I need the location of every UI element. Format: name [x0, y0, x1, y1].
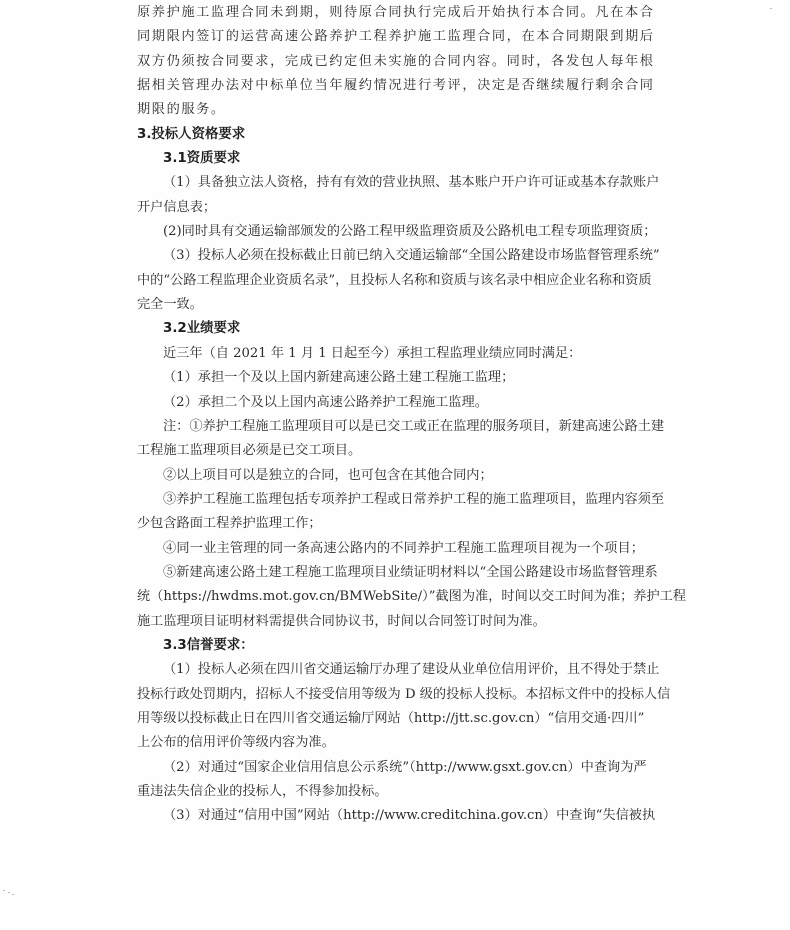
note-line: ③养护工程施工监理包括专项养护工程或日常养护工程的施工监理项目，监理内容须至	[137, 488, 644, 512]
paragraph-line: 投标行政处罚期内，招标人不接受信用等级为 D 级的投标人投标。本招标文件中的投标…	[137, 683, 644, 707]
note-line: 少包含路面工程养护监理工作；	[137, 512, 644, 536]
note-line: ⑤新建高速公路土建工程施工监理项目业绩证明材料以“全国公路建设市场监督管理系	[137, 561, 644, 585]
paragraph-line: 用等级以投标截止日在四川省交通运输厅网站（http://jtt.sc.gov.c…	[137, 707, 644, 731]
note-line: 注：①养护工程施工监理项目可以是已交工或正在监理的服务项目，新建高速公路土建	[137, 415, 644, 439]
paragraph-line: 中的“公路工程监理企业资质名录”，且投标人名称和资质与该名录中相应企业名称和资质	[137, 269, 644, 293]
paragraph-line: 据相关管理办法对中标单位当年履约情况进行考评，决定是否继续履行剩余合同	[137, 74, 644, 98]
paragraph-line: （1）投标人必须在四川省交通运输厅办理了建设从业单位信用评价，且不得处于禁止	[137, 658, 644, 682]
paragraph-line: （2）承担二个及以上国内高速公路养护工程施工监理。	[137, 391, 644, 415]
paragraph-line: 同期限内签订的运营高速公路养护工程养护施工监理合同，在本合同期限到期后	[137, 25, 644, 49]
subsection-heading-3-1: 3.1资质要求	[137, 147, 644, 171]
paragraph-line: 上公布的信用评价等级内容为准。	[137, 731, 644, 755]
paragraph-line: 近三年（自 2021 年 1 月 1 日起至今）承担工程监理业绩应同时满足：	[137, 342, 644, 366]
paragraph-line: 双方仍须按合同要求，完成已约定但未实施的合同内容。同时，各发包人每年根	[137, 50, 644, 74]
paragraph-line: （3）投标人必须在投标截止日前已纳入交通运输部“全国公路建设市场监督管理系统”	[137, 244, 644, 268]
note-line: 统（https://hwdms.mot.gov.cn/BMWebSite/）”截…	[137, 585, 644, 609]
note-line: 施工监理项目证明材料需提供合同协议书，时间以合同签订时间为准。	[137, 610, 644, 634]
paragraph-line: （1）承担一个及以上国内新建高速公路土建工程施工监理；	[137, 366, 644, 390]
note-line: ②以上项目可以是独立的合同，也可包含在其他合同内；	[137, 464, 644, 488]
paragraph-line: 开户信息表；	[137, 196, 644, 220]
paragraph-line: (2)同时具有交通运输部颁发的公路工程甲级监理资质及公路机电工程专项监理资质；	[137, 220, 644, 244]
paragraph-line: 期限的服务。	[137, 98, 644, 122]
paragraph-line: 完全一致。	[137, 293, 644, 317]
document-body: 原养护施工监理合同未到期，则待原合同执行完成后开始执行本合同。凡在本合 同期限内…	[137, 1, 644, 829]
paragraph-line: （2）对通过“国家企业信用信息公示系统”（http://www.gsxt.gov…	[137, 756, 644, 780]
paragraph-line: （1）具备独立法人资格，持有有效的营业执照、基本账户开户许可证或基本存款账户	[137, 171, 644, 195]
scan-artifact	[3, 890, 5, 891]
scan-artifact	[770, 8, 772, 9]
paragraph-line: （3）对通过“信用中国”网站（http://www.creditchina.go…	[137, 804, 644, 828]
scan-artifact	[12, 894, 14, 895]
note-line: 工程施工监理项目必须是已交工项目。	[137, 439, 644, 463]
paragraph-line: 重违法失信企业的投标人，不得参加投标。	[137, 780, 644, 804]
subsection-heading-3-2: 3.2业绩要求	[137, 317, 644, 341]
subsection-heading-3-3: 3.3信誉要求：	[137, 634, 644, 658]
scanned-document-page: 原养护施工监理合同未到期，则待原合同执行完成后开始执行本合同。凡在本合 同期限内…	[0, 0, 790, 930]
note-line: ④同一业主管理的同一条高速公路内的不同养护工程施工监理项目视为一个项目；	[137, 537, 644, 561]
scan-artifact	[8, 892, 10, 893]
paragraph-line: 原养护施工监理合同未到期，则待原合同执行完成后开始执行本合同。凡在本合	[137, 1, 644, 25]
section-heading-3: 3.投标人资格要求	[137, 123, 644, 147]
